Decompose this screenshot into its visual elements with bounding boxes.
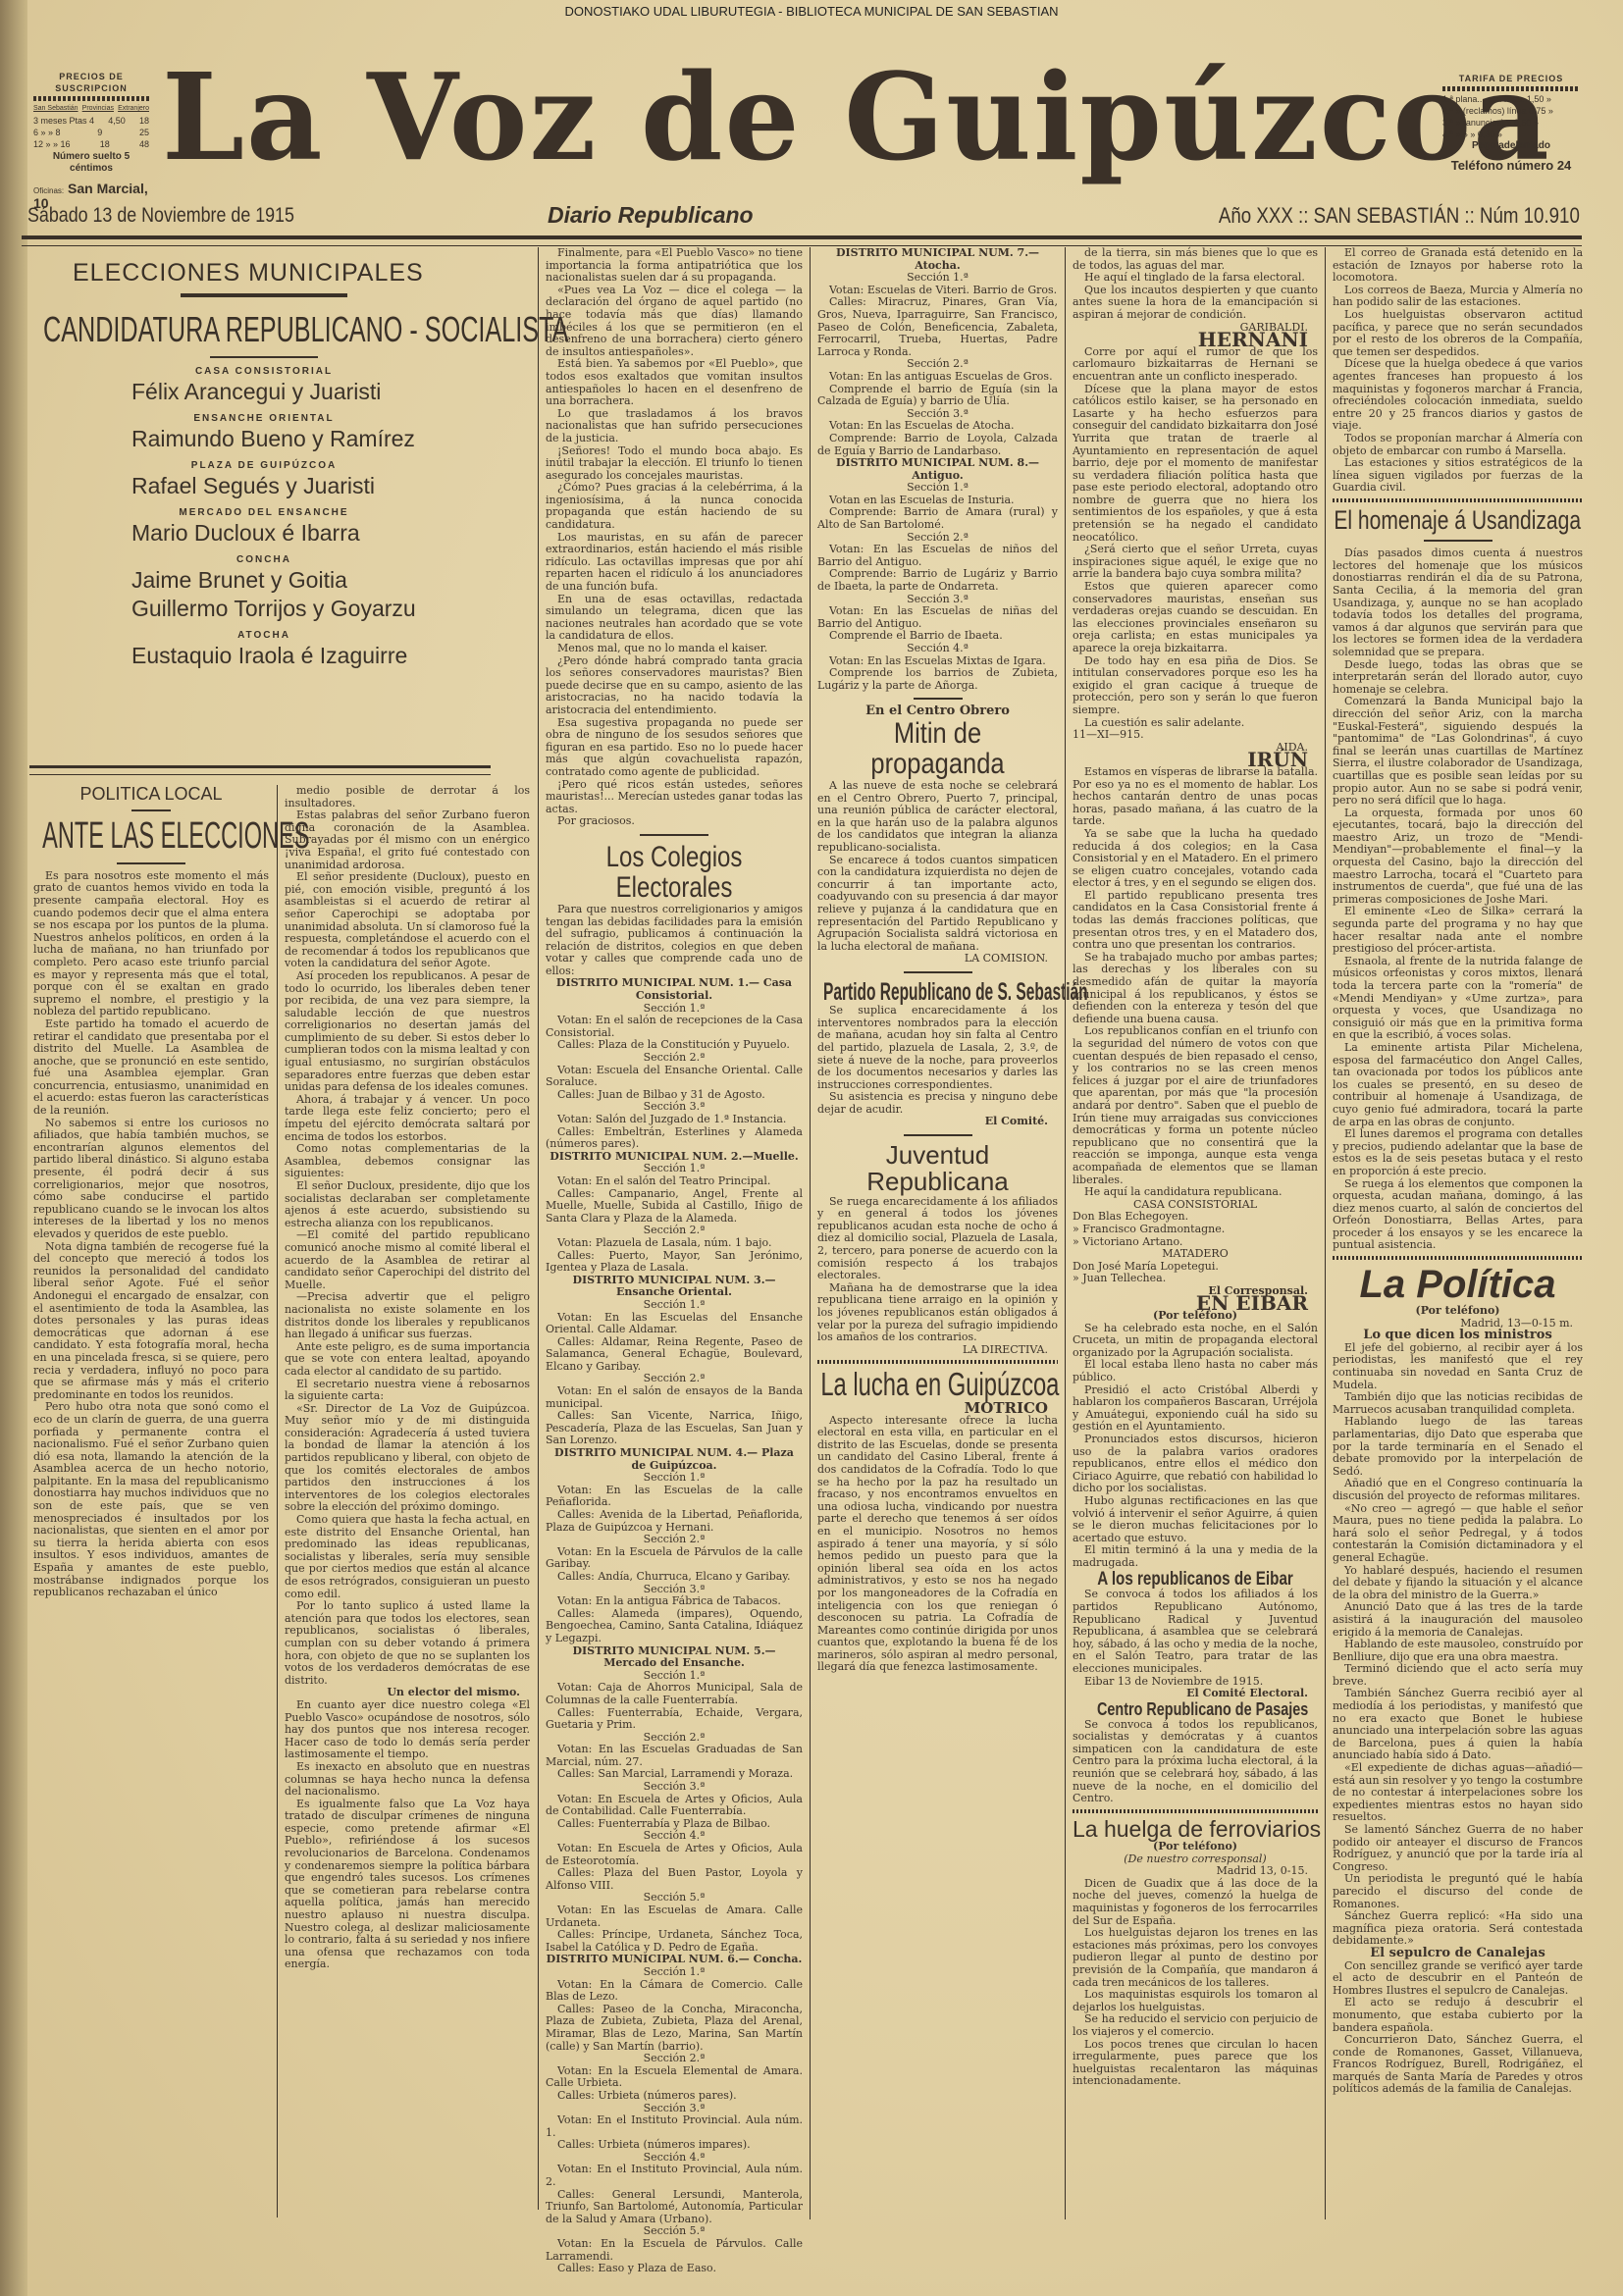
payment-note: Pago adelantado bbox=[1442, 140, 1580, 152]
streets: Comprende: Barrio de Amara (rural) y Alt… bbox=[817, 506, 1058, 531]
paragraph: Menos mal, que no lo manda el kaiser. bbox=[546, 643, 803, 655]
polling-place: Votan: En la Cámara de Comercio. Calle B… bbox=[546, 1979, 803, 2004]
paragraph: Su asistencia es precisa y ninguno debe … bbox=[817, 1091, 1058, 1116]
paragraph: —El comité del partido republicano comun… bbox=[285, 1229, 530, 1291]
paragraph: Estos que quieren aparecer como conserva… bbox=[1073, 581, 1318, 655]
candidate-name: » Juan Tellechea. bbox=[1073, 1273, 1318, 1285]
paragraph: Sánchez Guerra replicó: «Ha sido una mag… bbox=[1333, 1910, 1583, 1948]
paragraph: En una de esas octavillas, redactada sim… bbox=[546, 594, 803, 643]
paragraph: Se convoca á todos los republicanos, soc… bbox=[1073, 1719, 1318, 1805]
subhead: Lo que dicen los ministros bbox=[1333, 1330, 1583, 1342]
paragraph: Pero hubo otra nota que sonó como el eco… bbox=[33, 1401, 269, 1599]
price-cell: 18 bbox=[100, 138, 110, 150]
paragraph: Anunció Dato que á las tres de la tarde … bbox=[1333, 1601, 1583, 1639]
paragraph: ¿Será cierto que el señor Urreta, cuyas … bbox=[1073, 544, 1318, 581]
column-6: El correo de Granada está detenido en la… bbox=[1333, 247, 1583, 2096]
paragraph: El secretario nuestra viene á rebosarnos… bbox=[285, 1379, 530, 1403]
district-title: DISTRITO MUNICIPAL NUM. 3.— Ensanche Ori… bbox=[546, 1275, 803, 1299]
kicker: (Por teléfono) bbox=[1073, 1841, 1318, 1853]
paragraph: Los huelguistas observaron actitud pacíf… bbox=[1333, 309, 1583, 358]
paragraph: Se convoca á todos los afiliados á los p… bbox=[1073, 1589, 1318, 1675]
streets: Calles: Plaza del Buen Pastor, Loyola y … bbox=[546, 1867, 803, 1892]
paragraph: ¡Señores! Todo el mundo boca abajo. Es i… bbox=[546, 445, 803, 483]
paragraph: Se ha trabajado mucho por ambas partes; … bbox=[1073, 952, 1318, 1026]
article-body: Es para nosotros este momento el más gra… bbox=[33, 870, 269, 1599]
paragraph: He aquí la candidatura republicana. bbox=[1073, 1186, 1318, 1199]
column-5: de la tierra, sin más bienes que lo que … bbox=[1073, 247, 1318, 2088]
paragraph: Concurrieron Dato, Sánchez Guerra, el co… bbox=[1333, 2034, 1583, 2096]
polling-place: Votan: En las Escuelas de Amara. Calle U… bbox=[546, 1905, 803, 1929]
candidate-name: Eustaquio Iraola é Izaguirre bbox=[131, 643, 495, 669]
section-label: Sección 1.ª bbox=[817, 272, 1058, 285]
article-headline: La huelga de ferroviarios bbox=[1073, 1817, 1318, 1841]
paragraph: Estamos en vísperas de librarse la batal… bbox=[1073, 766, 1318, 828]
paragraph: Un periodista le preguntó qué le había p… bbox=[1333, 1873, 1583, 1910]
wavy-divider bbox=[1333, 498, 1583, 502]
district-title: DISTRITO MUNICIPAL NUM. 5.— Mercado del … bbox=[546, 1645, 803, 1670]
paragraph: Con sencillez grande se verificó ayer ta… bbox=[1333, 1960, 1583, 1998]
column-separator bbox=[1325, 247, 1326, 2219]
article-headline: La Política bbox=[1333, 1264, 1583, 1305]
section-label: Sección 3.ª bbox=[546, 1781, 803, 1794]
polling-place: Votan: Salón del Juzgado de 1.ª Instanci… bbox=[546, 1114, 803, 1126]
paragraph: Esa sugestiva propaganda no puede ser ob… bbox=[546, 717, 803, 779]
district-title: DISTRITO MUNICIPAL NUM. 1.— Casa Consist… bbox=[546, 977, 803, 1002]
divider bbox=[210, 356, 318, 358]
district-title: DISTRITO MUNICIPAL NUM. 8.— Antiguo. bbox=[817, 457, 1058, 482]
article-body: Dicen de Guadix que á las doce de la noc… bbox=[1073, 1878, 1318, 2088]
streets: Calles: Urbieta (números impares). bbox=[546, 2139, 803, 2152]
phone-number: Teléfono número 24 bbox=[1442, 160, 1580, 172]
paragraph: Corre por aquí el rumor de que los carlo… bbox=[1073, 346, 1318, 384]
diamond-rule bbox=[33, 96, 149, 101]
polling-place: Votan: En Escuela de Artes y Oficios, Au… bbox=[546, 1843, 803, 1867]
paragraph: El mitin terminó á la una y media de la … bbox=[1073, 1544, 1318, 1569]
article-headline: Los Colegios Electorales bbox=[571, 842, 777, 904]
paragraph: Ante este peligro, es de suma importanci… bbox=[285, 1341, 530, 1379]
divider bbox=[181, 293, 347, 297]
paragraph: Dicen de Guadix que á las doce de la noc… bbox=[1073, 1878, 1318, 1927]
streets: Calles: Paseo de la Concha, Miraconcha, … bbox=[546, 2004, 803, 2053]
paragraph: Se ruega á los elementos que componen la… bbox=[1333, 1178, 1583, 1253]
polling-place: Votan: En el salón de recepciones de la … bbox=[546, 1015, 803, 1039]
rate-row: 2.ª » (reclamos) línea 0,75 » bbox=[1442, 105, 1580, 117]
paragraph: Se ha reducido el servicio con perjuicio… bbox=[1073, 2013, 1318, 2038]
streets: Calles: Avenida de la Libertad, Peñaflor… bbox=[546, 1509, 803, 1534]
price-cell: 48 bbox=[139, 138, 149, 150]
paragraph: medio posible de derrotar á los insultad… bbox=[285, 785, 530, 809]
subscription-row: 12 » » 161848 bbox=[33, 138, 149, 150]
streets: Calles: San Vicente, Narrica, Iñigo, Pes… bbox=[546, 1410, 803, 1447]
section-label: Sección 4.ª bbox=[817, 643, 1058, 655]
rate-row: 3.ª » (anuncios) » 0,50 » bbox=[1442, 117, 1580, 129]
elections-heading: ELECCIONES MUNICIPALES bbox=[73, 259, 495, 287]
paragraph: «No creo — agregó — que hable el señor M… bbox=[1333, 1503, 1583, 1565]
district-list: DISTRITO MUNICIPAL NUM. 1.— Casa Consist… bbox=[546, 977, 803, 2274]
paragraph: El partido republicano presenta tres can… bbox=[1073, 890, 1318, 952]
article-headline: Mitin de propaganda bbox=[835, 718, 1039, 780]
article-body: A las nueve de esta noche se celebrará e… bbox=[817, 780, 1058, 953]
paragraph: El correo de Granada está detenido en la… bbox=[1333, 247, 1583, 285]
rate-row: 1.ª plana.......... Ptas. 1,50 » bbox=[1442, 93, 1580, 105]
paragraph: Es inexacto en absoluto que en nuestras … bbox=[285, 1761, 530, 1799]
paragraph: Ya se sabe que la lucha ha quedado reduc… bbox=[1073, 828, 1318, 890]
paragraph: Es para nosotros este momento el más gra… bbox=[33, 870, 269, 1018]
paragraph: Todos se proponían marchar á Almería con… bbox=[1333, 433, 1583, 457]
ad-rates-box: TARIFA DE PRECIOS 1.ª plana.......... Pt… bbox=[1442, 73, 1580, 172]
paragraph: Yo hablaré después, haciendo el resumen … bbox=[1333, 1565, 1583, 1602]
paragraph: No sabemos si entre los curiosos no afil… bbox=[33, 1118, 269, 1241]
paragraph: Se encarece á todos cuantos simpaticen c… bbox=[817, 855, 1058, 954]
price-cell: 12 » » 16 bbox=[33, 138, 71, 150]
article-body: Corre por aquí el rumor de que los carlo… bbox=[1073, 346, 1318, 729]
candidate-list: CASA CONSISTORIALDon Blas Echegoyen.» Fr… bbox=[1073, 1199, 1318, 1285]
paragraph: Esnaola, al frente de la nutrida falange… bbox=[1333, 956, 1583, 1042]
issue-number: Año XXX :: SAN SEBASTIÁN :: Núm 10.910 bbox=[1219, 203, 1580, 229]
streets: Calles: Easo y Plaza de Easo. bbox=[546, 2263, 803, 2275]
streets: Calles: Príncipe, Urdaneta, Sánchez Toca… bbox=[546, 1929, 803, 1954]
polling-place: Votan: En las Escuelas de la calle Peñaf… bbox=[546, 1485, 803, 1509]
district-label: PLAZA DE GUIPÚZCOA bbox=[33, 460, 495, 471]
paragraph: ¡Pero qué ricos están ustedes, señores m… bbox=[546, 779, 803, 816]
paragraph: Desde luego, todas las obras que se inte… bbox=[1333, 659, 1583, 697]
paragraph: Como notas complementarias de la Asamble… bbox=[285, 1143, 530, 1180]
streets: Comprende el barrio de Eguía (sin la Cal… bbox=[817, 384, 1058, 408]
paragraph: Que los incautos despierten y que cuanto… bbox=[1073, 285, 1318, 322]
paragraph: Los republicanos confían en el triunfo c… bbox=[1073, 1025, 1318, 1186]
paragraph: El eminente «Leo de Silka» cerrará la se… bbox=[1333, 906, 1583, 955]
signature: LA DIRECTIVA. bbox=[817, 1344, 1048, 1357]
archive-stamp: DONOSTIAKO UDAL LIBURUTEGIA - BIBLIOTECA… bbox=[0, 4, 1623, 19]
candidate-name: » Francisco Gradmontagne. bbox=[1073, 1224, 1318, 1236]
paragraph: El lunes daremos el programa con detalle… bbox=[1333, 1128, 1583, 1177]
candidacy-box: ELECCIONES MUNICIPALES CANDIDATURA REPUB… bbox=[33, 247, 495, 669]
paragraph: Se lamentó Sánchez Guerra de no haber po… bbox=[1333, 1824, 1583, 1873]
polling-place: Votan: En la Escuela de Párvulos de la c… bbox=[546, 1546, 803, 1571]
article-date: 11—XI—915. bbox=[1073, 729, 1318, 742]
column-separator bbox=[810, 247, 811, 2219]
article-ante-elecciones-cont: medio posible de derrotar á los insultad… bbox=[285, 785, 530, 1971]
divider bbox=[904, 971, 972, 973]
article-body: Estamos en vísperas de librarse la batal… bbox=[1073, 766, 1318, 1199]
diamond-rule bbox=[1442, 86, 1580, 91]
paragraph: Los maquinistas esquirols los tomaron al… bbox=[1073, 1989, 1318, 2013]
article-body: Se convoca á todos los republicanos, soc… bbox=[1073, 1719, 1318, 1805]
paragraph: He aquí el tinglado de la farsa electora… bbox=[1073, 272, 1318, 285]
column-4: DISTRITO MUNICIPAL NUM. 7.— Atocha.Secci… bbox=[817, 247, 1058, 1674]
candidate-name: Guillermo Torrijos y Goyarzu bbox=[131, 596, 495, 622]
subscription-title: PRECIOS DE SUSCRIPCION bbox=[33, 71, 149, 94]
signature: El Comité. bbox=[817, 1116, 1048, 1128]
paragraph: El jefe del gobierno, al recibir ayer á … bbox=[1333, 1342, 1583, 1391]
paragraph: Está bien. Ya sabemos por «El Pueblo», q… bbox=[546, 358, 803, 407]
candidate-name: Félix Arancegui y Juaristi bbox=[131, 379, 495, 405]
issue-date: Sábado 13 de Noviembre de 1915 bbox=[27, 204, 294, 228]
paragraph: El señor presidente (Ducloux), puesto en… bbox=[285, 871, 530, 970]
column-separator bbox=[538, 247, 539, 2210]
paragraph: También dijo que las noticias recibidas … bbox=[1333, 1391, 1583, 1416]
district-title: DISTRITO MUNICIPAL NUM. 7.— Atocha. bbox=[817, 247, 1058, 272]
candidate-name: Jaime Brunet y Goitia bbox=[131, 567, 495, 594]
paragraph: de la tierra, sin más bienes que lo que … bbox=[1073, 247, 1318, 272]
article-kicker: POLITICA LOCAL bbox=[33, 785, 269, 804]
article-body: Días pasados dimos cuenta á nuestros lec… bbox=[1333, 548, 1583, 1252]
page-binding-edge bbox=[0, 0, 27, 2296]
price-cell: 4,50 bbox=[108, 115, 126, 127]
section-label: Sección 2.ª bbox=[546, 2053, 803, 2065]
district-label: MERCADO DEL ENSANCHE bbox=[33, 507, 495, 518]
paragraph: Los mauristas, en su afán de parecer ext… bbox=[546, 532, 803, 594]
paragraph: Los huelguistas dejaron los trenes en la… bbox=[1073, 1927, 1318, 1989]
paragraph: Se ha celebrado esta noche, en el Salón … bbox=[1073, 1323, 1318, 1360]
article-ante-elecciones: POLITICA LOCAL ANTE LAS ELECCIONES Es pa… bbox=[33, 785, 269, 1599]
polling-place: Votan: En el salón del Teatro Principal. bbox=[546, 1175, 803, 1188]
district-label: CASA CONSISTORIAL bbox=[33, 366, 495, 377]
kicker: (Por teléfono) bbox=[1333, 1305, 1583, 1318]
polling-place: Votan: En la Escuela Elemental de Amara.… bbox=[546, 2065, 803, 2090]
streets: Calles: Alameda (impares), Oquendo, Beng… bbox=[546, 1608, 803, 1645]
paragraph: La orquesta, formada por unos 60 ejecuta… bbox=[1333, 808, 1583, 907]
paragraph: De todo hay en esa piña de Dios. Se inti… bbox=[1073, 655, 1318, 717]
streets: Calles: Embeltrán, Esterlines y Alameda … bbox=[546, 1126, 803, 1151]
district-label: ATOCHA bbox=[33, 630, 495, 641]
candidacy-title: CANDIDATURA REPUBLICANO - SOCIALISTA bbox=[43, 309, 359, 350]
polling-place: Votan: En las Escuelas del Ensanche Orie… bbox=[546, 1312, 803, 1336]
divider bbox=[1424, 540, 1492, 542]
paragraph: El señor Ducloux, presidente, dijo que l… bbox=[285, 1180, 530, 1229]
paragraph: «El expediente de dichas aguas—añadió—es… bbox=[1333, 1762, 1583, 1824]
paragraph: En cuanto ayer dice nuestro colega «El P… bbox=[285, 1699, 530, 1761]
paragraph: ¿Cómo? Pues gracias á la celebérrima, á … bbox=[546, 482, 803, 531]
paragraph: Terminó diciendo que el acto sería muy b… bbox=[1333, 1663, 1583, 1688]
paragraph: También Sánchez Guerra recibió ayer al m… bbox=[1333, 1688, 1583, 1762]
section-label: Sección 2.ª bbox=[546, 1052, 803, 1065]
paragraph: Por lo tanto suplico á usted llame la at… bbox=[285, 1600, 530, 1687]
paragraph: Como quiera que hasta la fecha actual, e… bbox=[285, 1514, 530, 1600]
streets: Calles: Puerto, Mayor, San Jerónimo, Ige… bbox=[546, 1250, 803, 1275]
polling-place: Votan: En el Instituto Provincial. Aula … bbox=[546, 2114, 803, 2139]
district-title: DISTRITO MUNICIPAL NUM. 4.— Plaza de Gui… bbox=[546, 1447, 803, 1472]
polling-place: Votan: En Escuela de Artes y Oficios, Au… bbox=[546, 1794, 803, 1818]
paragraph: «Pues vea La Voz — dice el colega — la d… bbox=[546, 285, 803, 359]
polling-place: Votan: En la antigua Fábrica de Tabacos. bbox=[546, 1595, 803, 1608]
article-headline: La lucha en Guipúzcoa bbox=[820, 1368, 1019, 1402]
wavy-divider bbox=[1073, 1809, 1318, 1813]
wavy-divider bbox=[1333, 1256, 1583, 1260]
wavy-divider bbox=[817, 1360, 1058, 1364]
divider bbox=[914, 698, 963, 700]
paragraph: —Precisa advertir que el peligro naciona… bbox=[285, 1291, 530, 1340]
polling-place: Votan: En las Escuelas de niños del Barr… bbox=[817, 544, 1058, 568]
article-body: Aspecto interesante ofrece la lucha elec… bbox=[817, 1415, 1058, 1674]
article-body: Se convoca á todos los afiliados á los p… bbox=[1073, 1589, 1318, 1688]
subscription-row: 6 » » 8925 bbox=[33, 127, 149, 138]
paragraph: Días pasados dimos cuenta á nuestros lec… bbox=[1333, 548, 1583, 658]
article-body: Se ha celebrado esta noche, en el Salón … bbox=[1073, 1323, 1318, 1570]
paragraph: Se ruega encarecidamente á los afiliados… bbox=[817, 1196, 1058, 1282]
polling-place: Votan: En la Escuela de Párvulos. Calle … bbox=[546, 2238, 803, 2263]
paragraph: Finalmente, para «El Pueblo Vasco» no ti… bbox=[546, 247, 803, 285]
paragraph: Las estaciones y sitios estratégicos de … bbox=[1333, 457, 1583, 495]
paragraph: ¿Pero dónde habrá comprado tanta gracia … bbox=[546, 655, 803, 717]
article-headline: Centro Republicano de Pasajes bbox=[1097, 1700, 1293, 1719]
rates-title: TARIFA DE PRECIOS bbox=[1442, 73, 1580, 84]
section-label: Sección 1.ª bbox=[546, 1299, 803, 1312]
article-body: En cuanto ayer dice nuestro colega «El P… bbox=[285, 1699, 530, 1971]
article-headline: ANTE LAS ELECCIONES bbox=[42, 817, 216, 857]
article-colegios: Finalmente, para «El Pueblo Vasco» no ti… bbox=[546, 247, 803, 2275]
paragraph: Así proceden los republicanos. A pesar d… bbox=[285, 970, 530, 1094]
district-list-cont: DISTRITO MUNICIPAL NUM. 7.— Atocha.Secci… bbox=[817, 247, 1058, 692]
divider bbox=[640, 834, 708, 836]
paragraph: Lo que trasladamos á los bravos nacional… bbox=[546, 408, 803, 445]
paragraph: Este partido ha tomado el acuerdo de ret… bbox=[33, 1018, 269, 1118]
newspaper-title: La Voz de Guipúzcoa bbox=[162, 57, 1551, 177]
article-body: de la tierra, sin más bienes que lo que … bbox=[1073, 247, 1318, 322]
paragraph: Nota digna también de recogerse fué la d… bbox=[33, 1241, 269, 1402]
article-body: Se ruega encarecidamente á los afiliados… bbox=[817, 1196, 1058, 1344]
paragraph: Mañana ha de demostrarse que la idea rep… bbox=[817, 1282, 1058, 1344]
subscription-row: 3 meses Ptas 44,5018 bbox=[33, 115, 149, 127]
dateline: HERNANI bbox=[1073, 334, 1308, 346]
streets: Calles: Campanario, Angel, Frente al Mue… bbox=[546, 1188, 803, 1226]
single-issue-price: Número suelto 5 céntimos bbox=[33, 151, 149, 175]
paragraph: Es igualmente falso que La Voz haya trat… bbox=[285, 1799, 530, 1971]
dateline: MOTRICO bbox=[817, 1402, 1048, 1415]
paragraph: Los pocos trenes que circulan lo hacen i… bbox=[1073, 2039, 1318, 2088]
streets: Calles: Fuenterrabía, Echaide, Vergara, … bbox=[546, 1707, 803, 1732]
section-label: Sección 1.ª bbox=[546, 1472, 803, 1485]
article-headline: A los republicanos de Eibar bbox=[1097, 1570, 1293, 1590]
section-label: Sección 2.ª bbox=[546, 1534, 803, 1546]
place-label: MATADERO bbox=[1073, 1248, 1318, 1261]
paragraph: La eminente artista Pilar Michelena, esp… bbox=[1333, 1042, 1583, 1128]
streets: Comprende: Barrio de Loyola, Calzada de … bbox=[817, 433, 1058, 457]
polling-place: Votan: Plazuela de Lasala, núm. 1 bajo. bbox=[546, 1237, 803, 1250]
candidate-name: Raimundo Bueno y Ramírez bbox=[131, 426, 495, 452]
article-body: El jefe del gobierno, al recibir ayer á … bbox=[1333, 1342, 1583, 1948]
section-label: Sección 1.ª bbox=[546, 1966, 803, 1979]
paragraph: Se suplica encarecidamente á los interve… bbox=[817, 1005, 1058, 1091]
column-separator bbox=[1065, 247, 1066, 2219]
article-body: Finalmente, para «El Pueblo Vasco» no ti… bbox=[546, 247, 803, 828]
paragraph: Añadió que en el Congreso continuaría la… bbox=[1333, 1478, 1583, 1502]
subhead: El sepulcro de Canalejas bbox=[1333, 1948, 1583, 1960]
streets: Calles: Andía, Churruca, Elcano y Gariba… bbox=[546, 1571, 803, 1584]
polling-place: Votan: Caja de Ahorros Municipal, Sala d… bbox=[546, 1682, 803, 1706]
streets: Calles: Urbieta (números pares). bbox=[546, 2090, 803, 2103]
divider bbox=[131, 809, 171, 811]
candidate-name: Rafael Segués y Juaristi bbox=[131, 473, 495, 499]
polling-place: Votan: En el salón de ensayos de la Band… bbox=[546, 1385, 803, 1410]
paragraph: Hablando de este mausoleo, construído po… bbox=[1333, 1639, 1583, 1663]
paragraph: Hablando luego de las tareas parlamentar… bbox=[1333, 1416, 1583, 1478]
price-cell: 6 » » 8 bbox=[33, 127, 61, 138]
article-intro: Para que nuestros correligionarios y ami… bbox=[546, 904, 803, 978]
paragraph: Dícese que la plana mayor de estos catól… bbox=[1073, 384, 1318, 545]
paragraph: Dícese que la huelga obedece á que vario… bbox=[1333, 358, 1583, 433]
price-cell: 3 meses Ptas 4 bbox=[33, 115, 94, 127]
article-body: Se suplica encarecidamente á los interve… bbox=[817, 1005, 1058, 1116]
streets: Comprende: Barrio de Lugáriz y Barrio de… bbox=[817, 568, 1058, 593]
paragraph: El local estaba lleno hasta no caber más… bbox=[1073, 1359, 1318, 1383]
price-cell: 18 bbox=[139, 115, 149, 127]
paragraph: Pronunciados estos discursos, hicieron u… bbox=[1073, 1434, 1318, 1495]
divider bbox=[117, 862, 185, 864]
streets: Calles: Miracruz, Pinares, Gran Vía, Gro… bbox=[817, 296, 1058, 358]
divider bbox=[904, 1134, 972, 1136]
candidate-list: CASA CONSISTORIALFélix Arancegui y Juari… bbox=[33, 366, 495, 669]
polling-place: Votan: En las Escuelas Graduadas de San … bbox=[546, 1744, 803, 1768]
paragraph: Hubo algunas rectificaciones en las que … bbox=[1073, 1495, 1318, 1544]
paragraph: Por graciosos. bbox=[546, 815, 803, 828]
paragraph: Estas palabras del señor Zurbano fueron … bbox=[285, 809, 530, 871]
dateline: Madrid 13, 0-15. bbox=[1073, 1865, 1308, 1878]
polling-place: Votan: Escuela del Ensanche Oriental. Ca… bbox=[546, 1065, 803, 1089]
district-label: ENSANCHE ORIENTAL bbox=[33, 413, 495, 424]
article-headline: Juventud Republicana bbox=[817, 1142, 1058, 1196]
polling-place: Votan: En las antiguas Escuelas de Gros. bbox=[817, 371, 1058, 384]
subscription-headers: San Sebastián Provincias Extranjero bbox=[33, 103, 149, 115]
column-separator bbox=[277, 785, 278, 2218]
signature: LA COMISION. bbox=[817, 953, 1048, 965]
section-label: Sección 1.ª bbox=[817, 482, 1058, 495]
newspaper-subtitle: Diario Republicano bbox=[548, 202, 754, 229]
district-label: CONCHA bbox=[33, 554, 495, 565]
rate-row: 4.ª » » » 0,30 » bbox=[1442, 129, 1580, 140]
article-body: Con sencillez grande se verificó ayer ta… bbox=[1333, 1960, 1583, 2097]
paragraph: Ahora, á trabajar y á vencer. Un poco ta… bbox=[285, 1094, 530, 1143]
rates-rows: 1.ª plana.......... Ptas. 1,50 »2.ª » (r… bbox=[1442, 93, 1580, 140]
subscription-box: PRECIOS DE SUSCRIPCION San Sebastián Pro… bbox=[33, 71, 149, 209]
price-cell: 25 bbox=[139, 127, 149, 138]
masthead-rule bbox=[22, 235, 1582, 246]
article-body: El correo de Granada está detenido en la… bbox=[1333, 247, 1583, 495]
polling-place: Votan: En las Escuelas de niñas del Barr… bbox=[817, 605, 1058, 630]
paragraph: Aspecto interesante ofrece la lucha elec… bbox=[817, 1415, 1058, 1674]
price-cell: 9 bbox=[97, 127, 102, 138]
paragraph: El acto se redujo á descubrir el monumen… bbox=[1333, 1997, 1583, 2034]
article-headline: Partido Republicano de S. Sebastián bbox=[823, 979, 1003, 1005]
paragraph: Comenzará la Banda Municipal bajo la dir… bbox=[1333, 696, 1583, 807]
polling-place: Votan: En el Instituto Provincial, Aula … bbox=[546, 2164, 803, 2188]
article-body: medio posible de derrotar á los insultad… bbox=[285, 785, 530, 1687]
streets: Calles: General Lersundi, Manterola, Tri… bbox=[546, 2189, 803, 2226]
paragraph: «Sr. Director de La Voz de Guipúzcoa. Mu… bbox=[285, 1403, 530, 1514]
paragraph: A las nueve de esta noche se celebrará e… bbox=[817, 780, 1058, 855]
paragraph: Presidió el acto Cristóbal Alberdi y hab… bbox=[1073, 1384, 1318, 1434]
paragraph: Los correos de Baeza, Murcia y Almería n… bbox=[1333, 285, 1583, 309]
section-rule bbox=[29, 765, 491, 775]
streets: Calles: Aldamar, Reina Regente, Paseo de… bbox=[546, 1336, 803, 1374]
article-headline: El homenaje á Usandizaga bbox=[1334, 506, 1551, 534]
subscription-rows: 3 meses Ptas 44,50186 » » 892512 » » 161… bbox=[33, 115, 149, 150]
candidate-name: Mario Ducloux é Ibarra bbox=[131, 520, 495, 547]
streets: Comprende los barrios de Zubieta, Lugári… bbox=[817, 667, 1058, 692]
